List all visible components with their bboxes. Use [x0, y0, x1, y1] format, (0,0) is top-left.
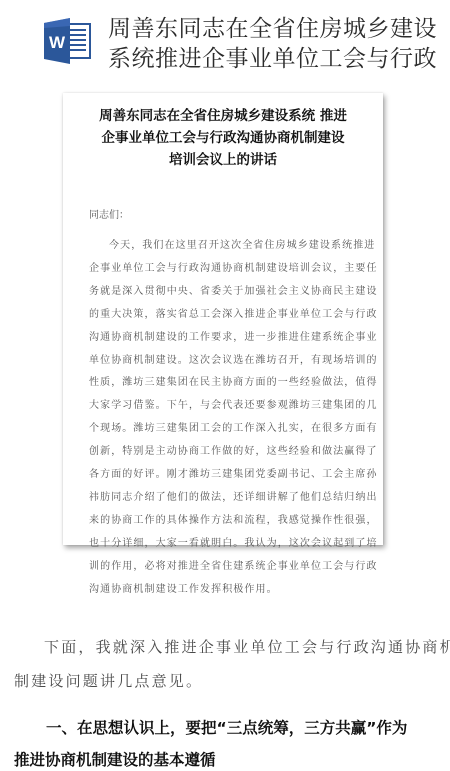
word-icon: W: [42, 18, 92, 64]
body-line: 各方面的好评。刚才潍坊三建集团党委副书记、工会主席孙: [89, 464, 365, 487]
body-line: 企事业单位工会与行政沟通协商机制建设培训会议，主要任: [89, 258, 365, 281]
body-line: 务就是深入贯彻中央、省委关于加强社会主义协商民主建设: [89, 281, 365, 304]
body-line: 训的作用，必将对推进全省住建系统企事业单位工会与行政: [89, 556, 365, 579]
intro-paragraph: 下面，我就深入推进企事业单位工会与行政沟通协商机 制建设问题讲几点意见。: [14, 630, 444, 698]
speech-body: 今天，我们在这里召开这次全省住房城乡建设系统推进 企事业单位工会与行政沟通协商机…: [89, 235, 365, 602]
body-line: 大家学习借鉴。下午，与会代表还要参观潍坊三建集团的几: [89, 395, 365, 418]
body-line: 性质，潍坊三建集团在民主协商方面的一些经验做法，值得: [89, 372, 365, 395]
body-line: 今天，我们在这里召开这次全省住房城乡建设系统推进: [89, 235, 365, 258]
speech-title-line: 培训会议上的讲话: [63, 149, 383, 171]
paragraph-line: 下面，我就深入推进企事业单位工会与行政沟通协商机: [14, 630, 444, 664]
document-title: 周善东同志在全省住房城乡建设 系统推进企事业单位工会与行政: [108, 14, 448, 74]
body-line: 沟通协商机制建设工作发挥积极作用。: [89, 579, 365, 602]
heading-line: 一、在思想认识上，要把“三点统筹，三方共赢”作为: [14, 712, 444, 744]
svg-text:W: W: [49, 33, 66, 52]
body-line: 单位协商机制建设。这次会议选在潍坊召开，有现场培训的: [89, 350, 365, 373]
body-line: 沟通协商机制建设的工作要求，进一步推进住建系统企事业: [89, 327, 365, 350]
body-line: 创新，特别是主动协商工作做的好，这些经验和做法赢得了: [89, 441, 365, 464]
body-line: 的重大决策，落实省总工会深入推进企事业单位工会与行政: [89, 304, 365, 327]
section-heading: 一、在思想认识上，要把“三点统筹，三方共赢”作为 推进协商机制建设的基本遵循: [14, 712, 444, 771]
speech-title-line: 企事业单位工会与行政沟通协商机制建设: [63, 127, 383, 149]
title-line: 周善东同志在全省住房城乡建设: [108, 14, 448, 44]
paragraph-line: 制建设问题讲几点意见。: [14, 664, 444, 698]
document-header: W 周善东同志在全省住房城乡建设 系统推进企事业单位工会与行政: [0, 0, 450, 80]
body-line: 来的协商工作的具体操作方法和流程，我感觉操作性很强，: [89, 510, 365, 533]
speech-title-line: 周善东同志在全省住房城乡建设系统 推进: [63, 105, 383, 127]
body-line: 也十分详细，大家一看就明白。我认为，这次会议起到了培: [89, 533, 365, 556]
document-preview-card: 周善东同志在全省住房城乡建设系统 推进 企事业单位工会与行政沟通协商机制建设 培…: [63, 93, 383, 545]
salutation: 同志们：: [89, 206, 129, 221]
body-line: 祎肪同志介绍了他们的做法，还详细讲解了他们总结归纳出: [89, 487, 365, 510]
heading-line: 推进协商机制建设的基本遵循: [14, 744, 444, 771]
title-line: 系统推进企事业单位工会与行政: [108, 44, 448, 74]
body-line: 个现场。潍坊三建集团工会的工作深入扎实，在很多方面有: [89, 418, 365, 441]
speech-title: 周善东同志在全省住房城乡建设系统 推进 企事业单位工会与行政沟通协商机制建设 培…: [63, 105, 383, 171]
